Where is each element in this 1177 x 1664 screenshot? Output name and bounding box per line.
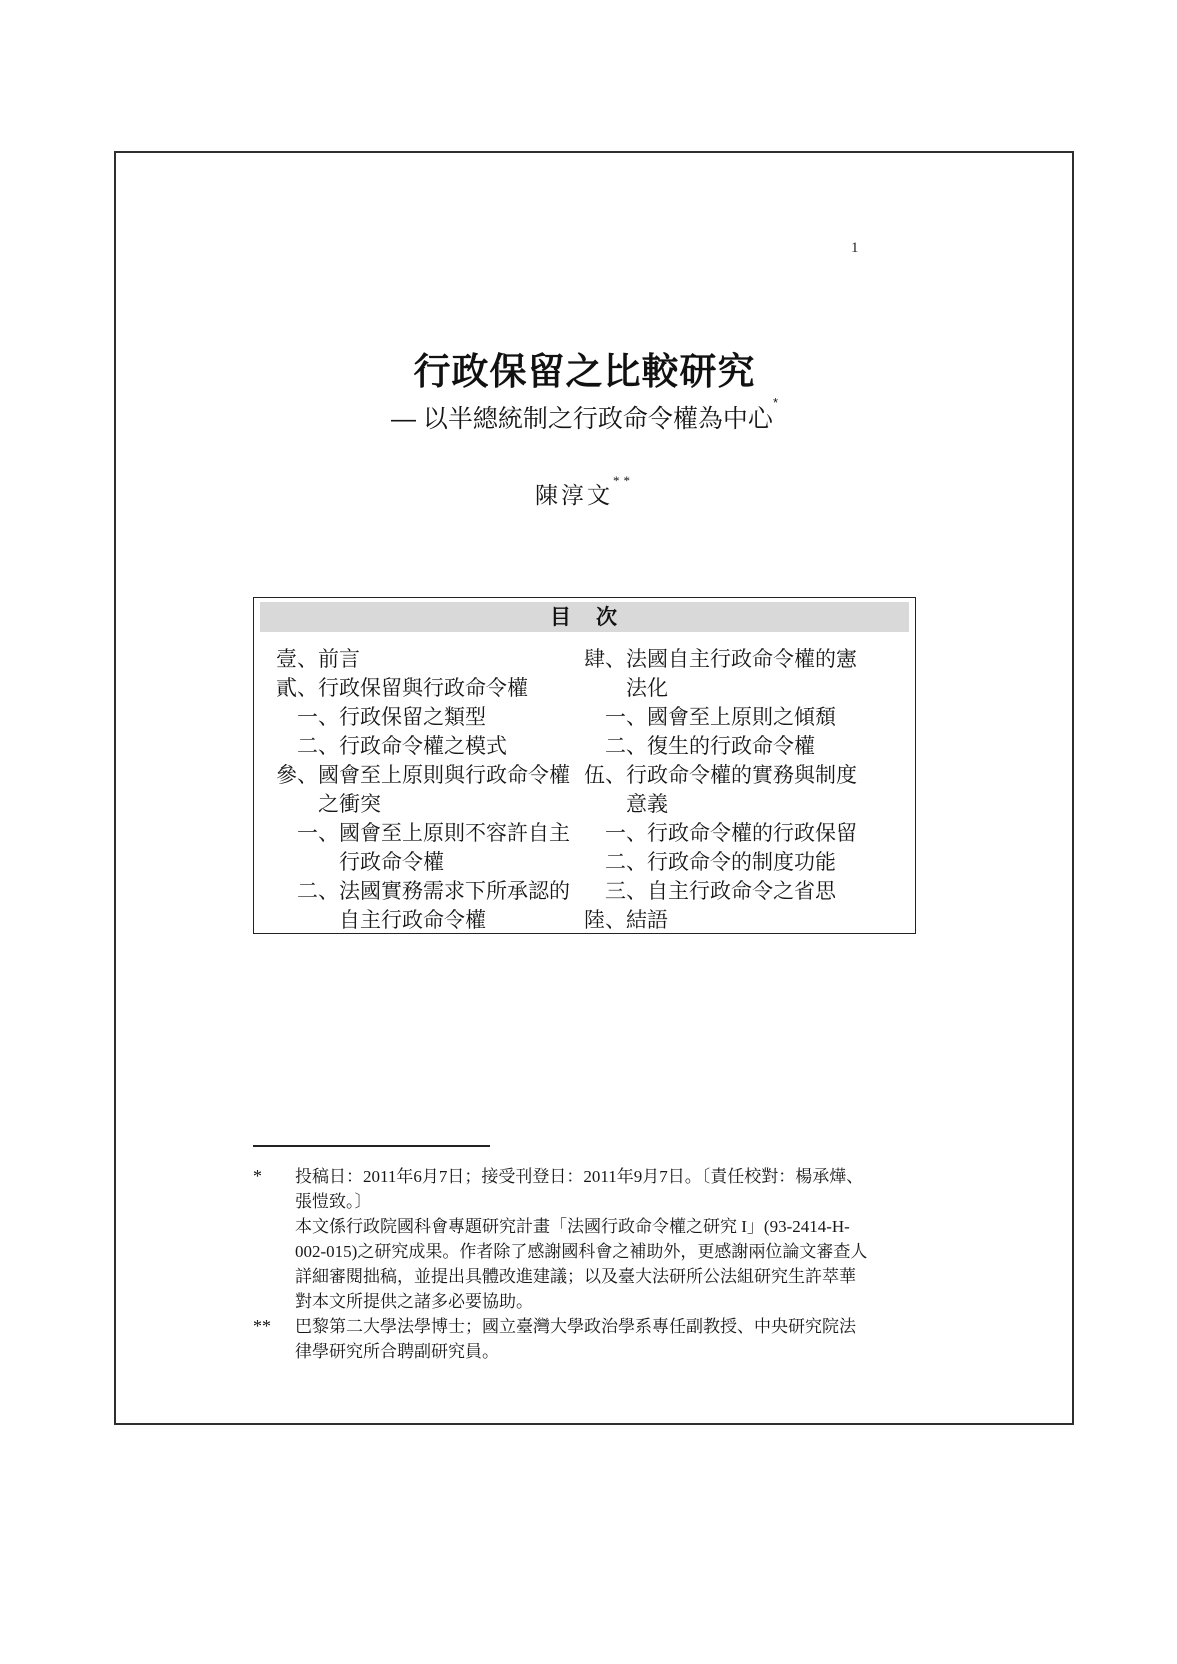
toc-entry: 二、法國實務需求下所承認的 自主行政命令權	[297, 877, 576, 935]
footnote-section: * 投稿日：2011年6月7日；接受刊登日：2011年9月7日。〔責任校對：楊承…	[253, 1145, 921, 1364]
footnote-paragraph: 投稿日：2011年6月7日；接受刊登日：2011年9月7日。〔責任校對：楊承燁、…	[295, 1164, 921, 1214]
subtitle-footnote-marker: *	[773, 395, 778, 410]
toc-entry: 二、行政命令的制度功能	[605, 848, 866, 877]
author-name: 陳淳文**	[253, 477, 916, 510]
toc-entry: 陸、結語	[584, 906, 866, 935]
footnote-text: 投稿日：2011年6月7日；接受刊登日：2011年9月7日。〔責任校對：楊承燁、…	[295, 1164, 921, 1314]
toc-entry: 二、復生的行政命令權	[605, 732, 866, 761]
toc-columns: 壹、前言 貳、行政保留與行政命令權 一、行政保留之類型 二、行政命令權之模式 參…	[254, 632, 915, 935]
toc-entry: 肆、法國自主行政命令權的憲 法化	[584, 645, 866, 703]
toc-entry: 參、國會至上原則與行政命令權 之衝突	[276, 761, 576, 819]
toc-entry: 壹、前言	[276, 645, 576, 674]
footnote-marker: **	[253, 1314, 295, 1339]
footnote-marker: *	[253, 1164, 295, 1189]
footnote-text: 巴黎第二大學法學博士；國立臺灣大學政治學系專任副教授、中央研究院法 律學研究所合…	[295, 1314, 921, 1364]
toc-entry: 一、國會至上原則不容許自主 行政命令權	[297, 819, 576, 877]
toc-entry: 伍、行政命令權的實務與制度 意義	[584, 761, 866, 819]
toc-left-column: 壹、前言 貳、行政保留與行政命令權 一、行政保留之類型 二、行政命令權之模式 參…	[276, 645, 576, 935]
author-footnote-marker: **	[613, 473, 634, 488]
paper-subtitle-text: — 以半總統制之行政命令權為中心	[391, 405, 773, 433]
footnote-separator	[253, 1145, 490, 1147]
toc-entry: 一、行政命令權的行政保留	[605, 819, 866, 848]
paper-title: 行政保留之比較研究	[253, 341, 916, 395]
footnote-star: * 投稿日：2011年6月7日；接受刊登日：2011年9月7日。〔責任校對：楊承…	[253, 1164, 921, 1314]
toc-entry: 一、行政保留之類型	[297, 703, 576, 732]
author-name-text: 陳淳文	[535, 483, 613, 508]
footnote-paragraph: 本文係行政院國科會專題研究計畫「法國行政命令權之研究 I」(93-2414-H-…	[295, 1214, 921, 1314]
footnote-paragraph: 巴黎第二大學法學博士；國立臺灣大學政治學系專任副教授、中央研究院法 律學研究所合…	[295, 1314, 921, 1364]
footnote-double-star: ** 巴黎第二大學法學博士；國立臺灣大學政治學系專任副教授、中央研究院法 律學研…	[253, 1314, 921, 1364]
toc-entry: 二、行政命令權之模式	[297, 732, 576, 761]
toc-right-column: 肆、法國自主行政命令權的憲 法化 一、國會至上原則之傾頹 二、復生的行政命令權 …	[584, 645, 866, 935]
toc-entry: 三、自主行政命令之省思	[605, 877, 866, 906]
page-number: 1	[851, 240, 859, 257]
toc-entry: 一、國會至上原則之傾頹	[605, 703, 866, 732]
paper-subtitle: — 以半總統制之行政命令權為中心*	[253, 399, 916, 435]
toc-entry: 貳、行政保留與行政命令權	[276, 674, 576, 703]
table-of-contents: 目 次 壹、前言 貳、行政保留與行政命令權 一、行政保留之類型 二、行政命令權之…	[253, 597, 916, 934]
toc-header: 目 次	[260, 602, 909, 632]
